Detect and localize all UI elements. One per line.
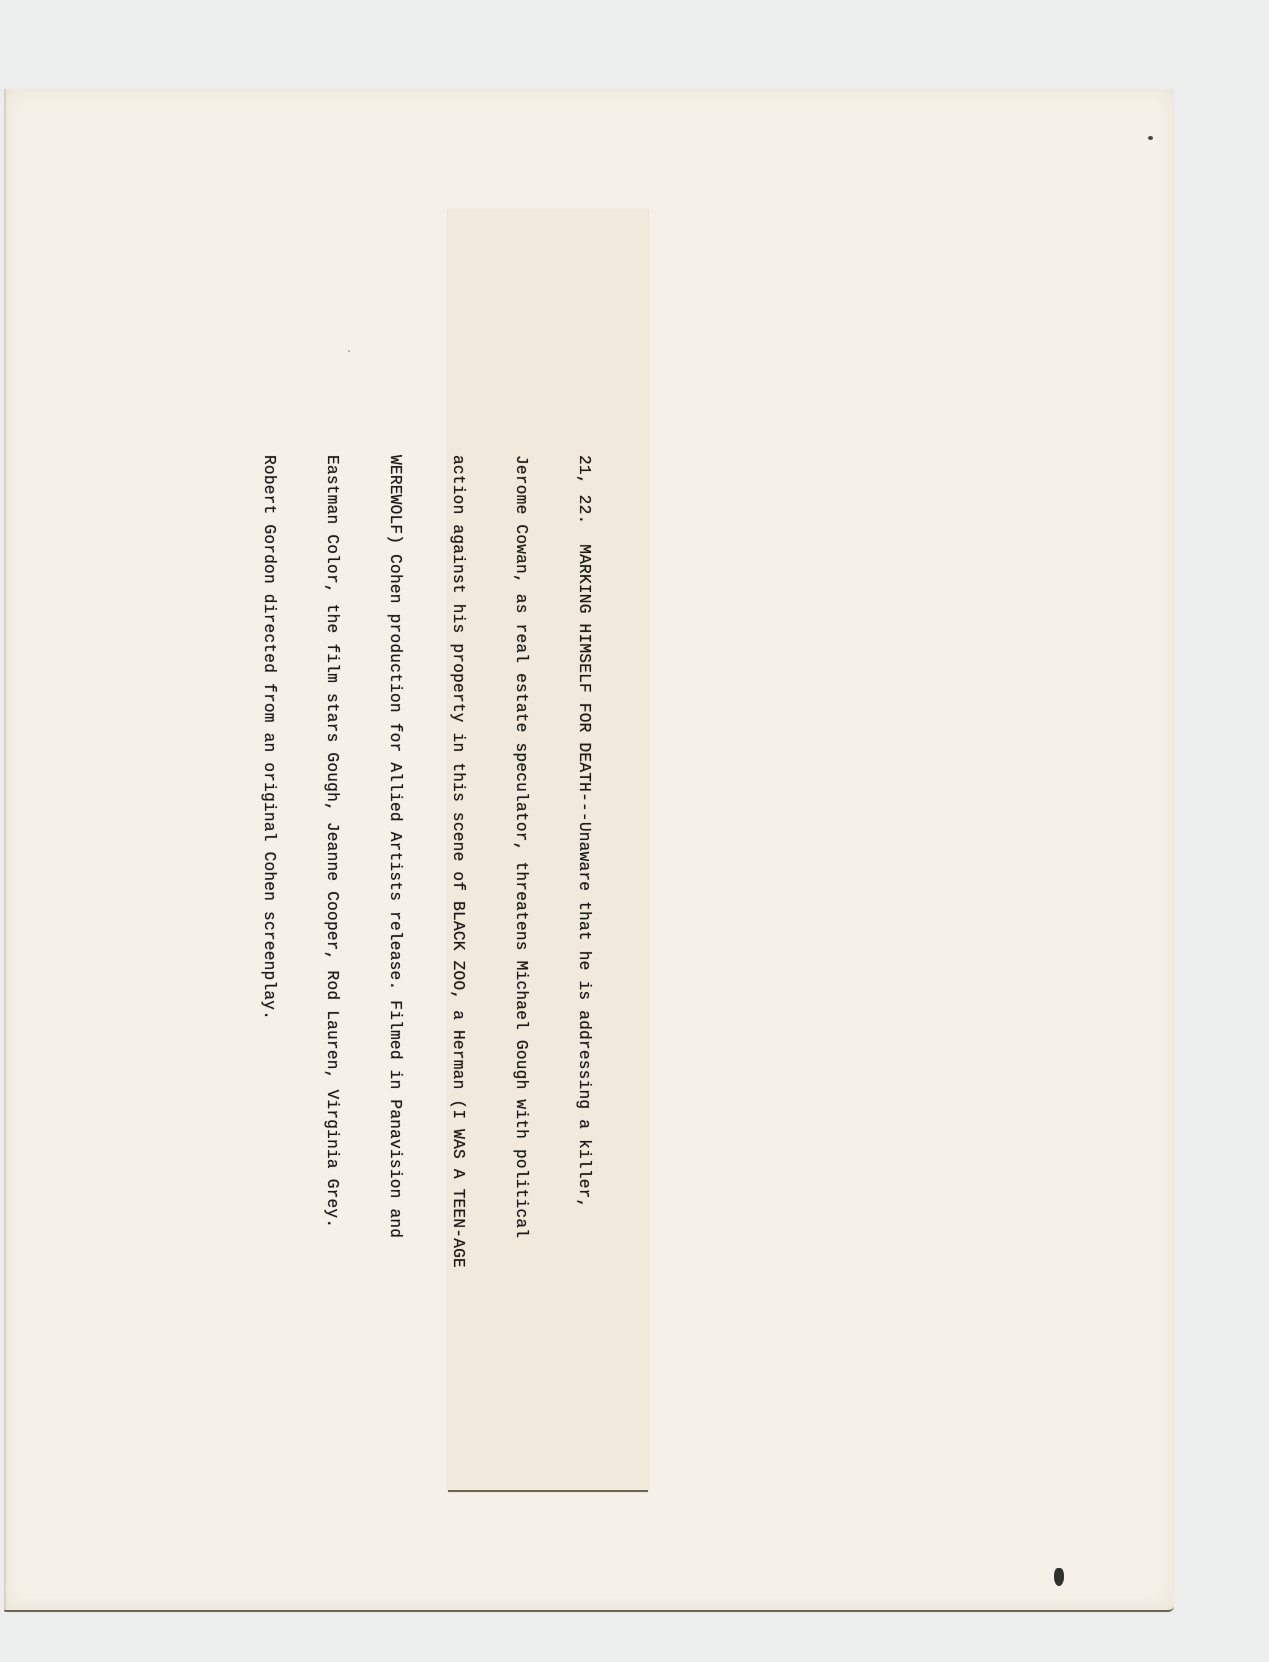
ink-blot — [1054, 1568, 1064, 1586]
caption-rotated-block: 21, 22. MARKING HIMSELF FOR DEATH---Unaw… — [448, 210, 648, 1490]
caption-line: Jerome Cowan, as real estate speculator,… — [510, 455, 531, 1455]
caption-line: action against his property in this scen… — [447, 455, 468, 1455]
caption-line: Eastman Color, the film stars Gough, Jea… — [321, 455, 342, 1455]
caption-line: WEREWOLF) Cohen production for Allied Ar… — [384, 455, 405, 1455]
caption-line: 21, 22. MARKING HIMSELF FOR DEATH---Unaw… — [573, 455, 594, 1455]
ink-speck — [1148, 136, 1153, 140]
caption-text: 21, 22. MARKING HIMSELF FOR DEATH---Unaw… — [216, 455, 636, 1455]
caption-snipe: 21, 22. MARKING HIMSELF FOR DEATH---Unaw… — [448, 210, 648, 1492]
caption-line: Robert Gordon directed from an original … — [258, 455, 279, 1455]
dust-speck — [348, 350, 350, 352]
